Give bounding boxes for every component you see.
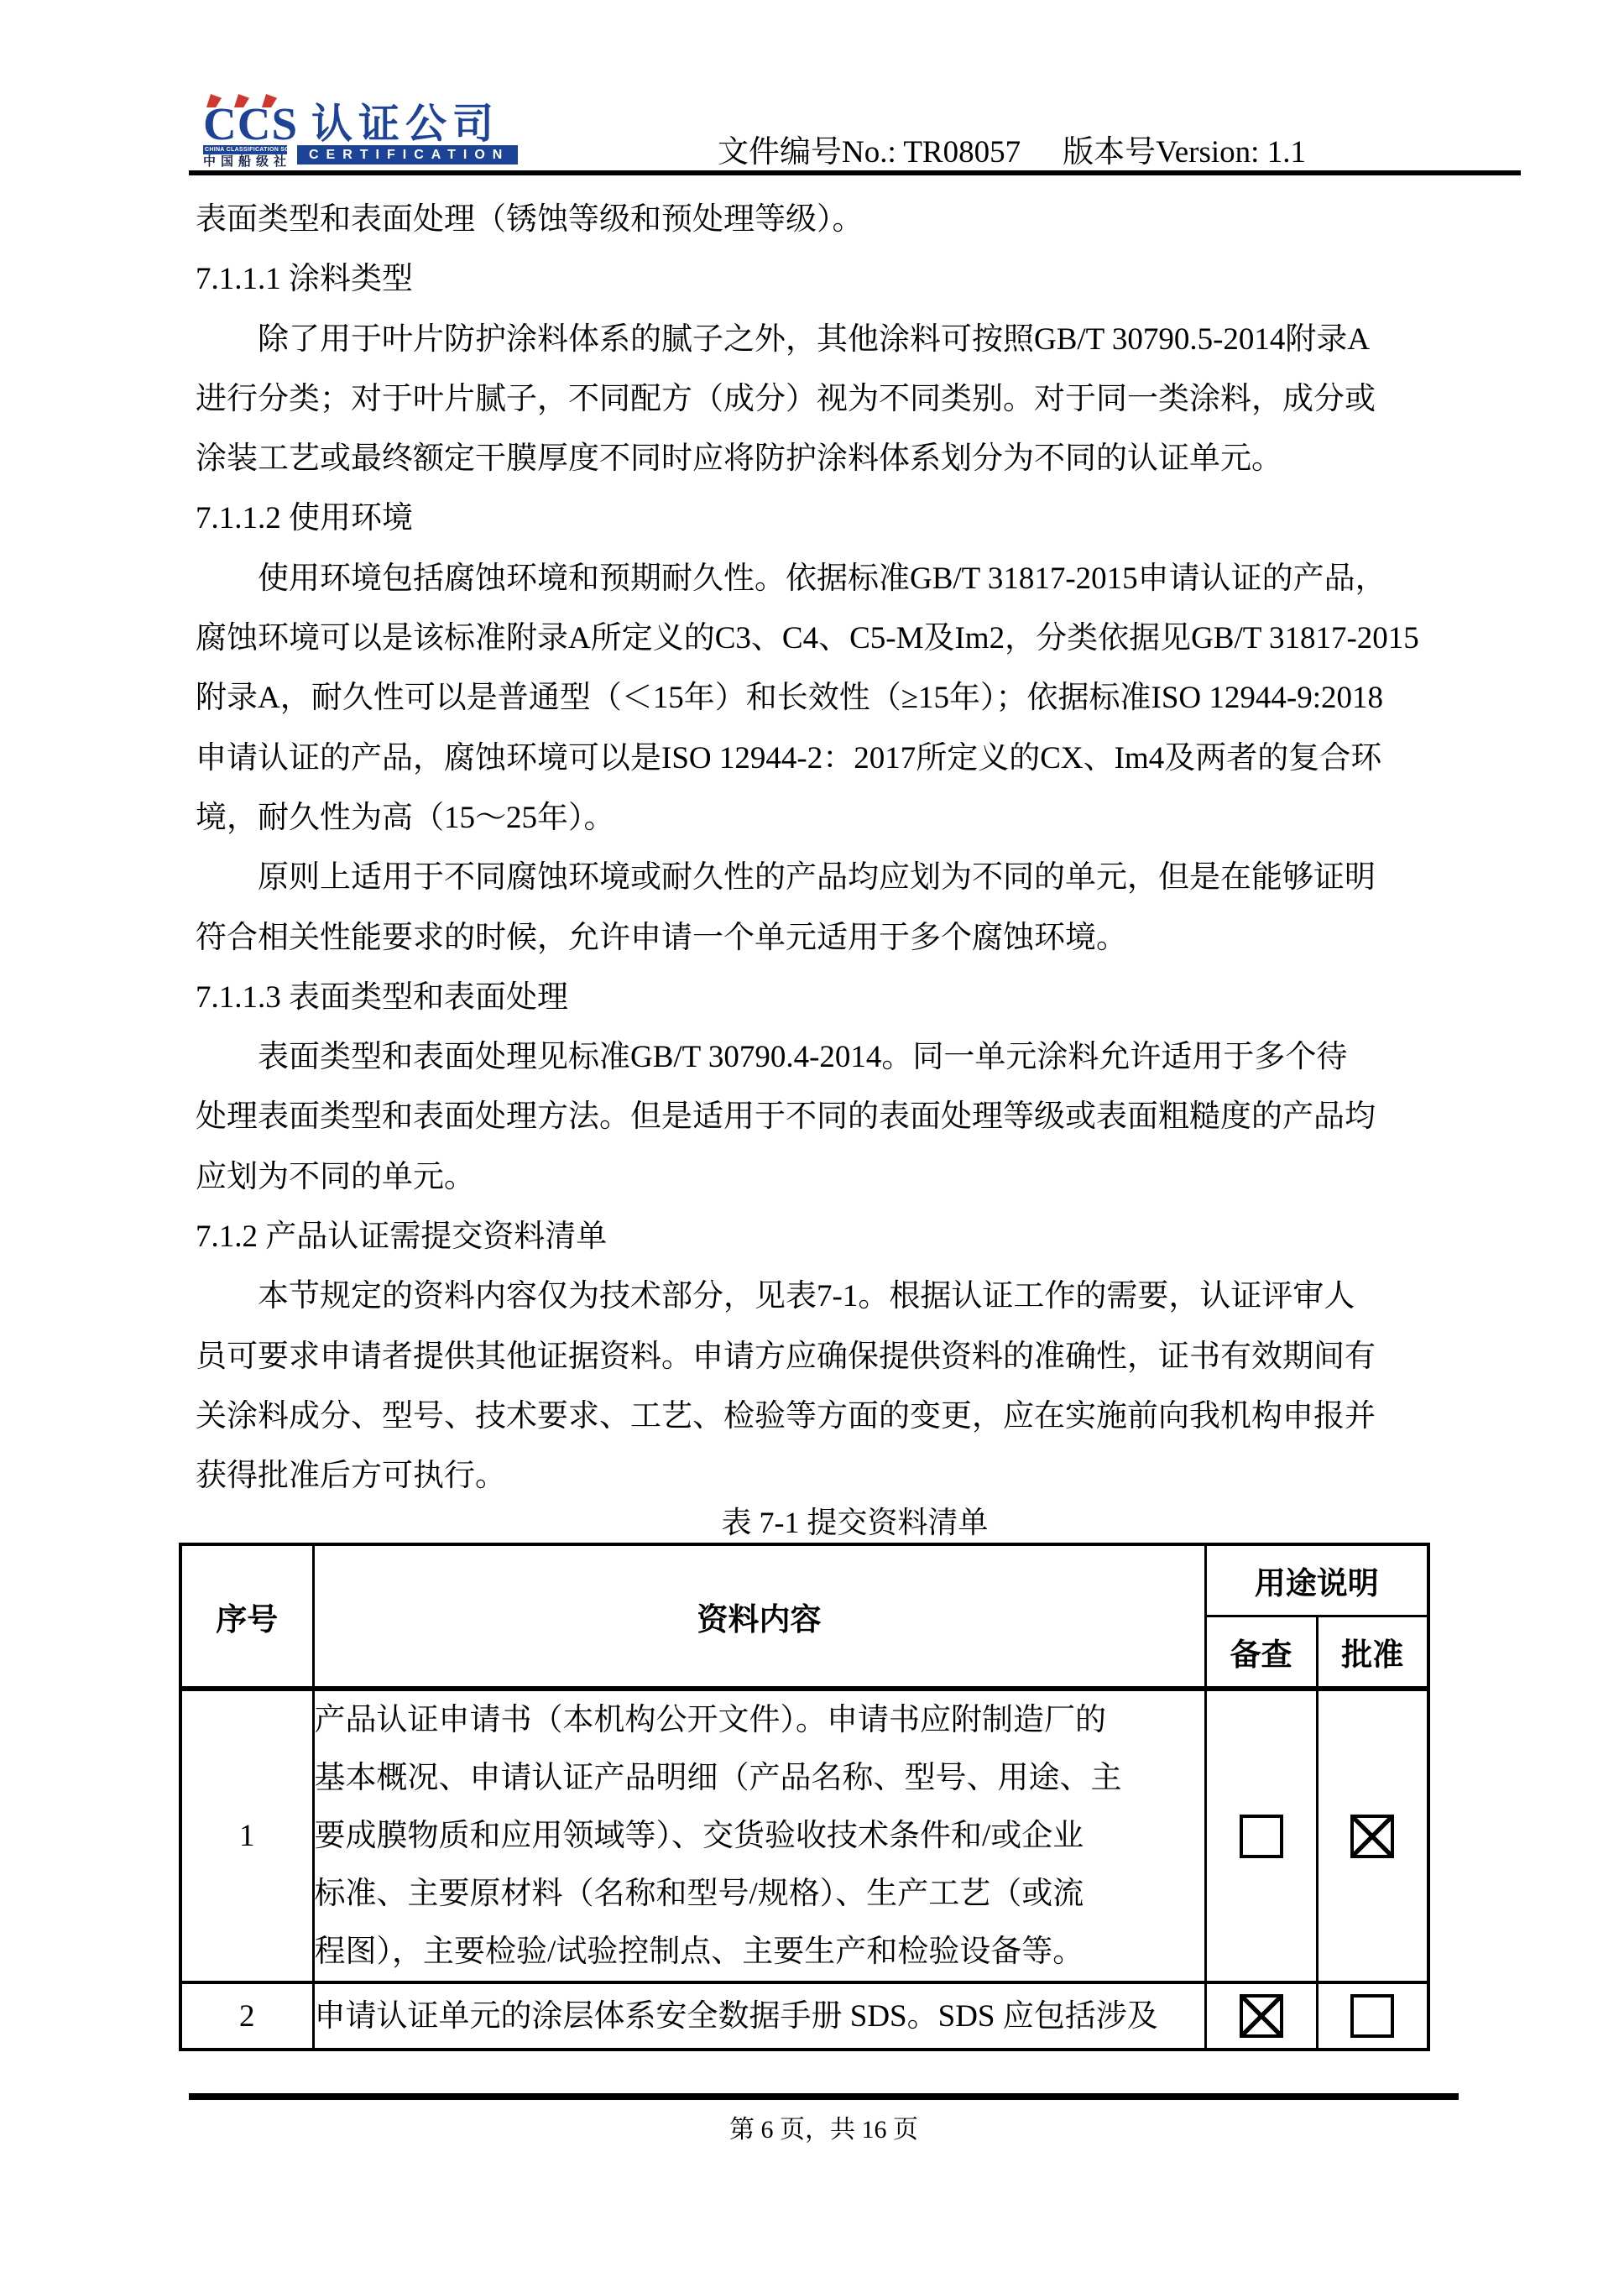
row-content-line: 产品认证申请书（本机构公开文件）。申请书应附制造厂的	[315, 1691, 1204, 1749]
body-line: 处理表面类型和表面处理方法。但是适用于不同的表面处理等级或表面粗糙度的产品均	[196, 1087, 1454, 1146]
backup-cell	[1205, 1982, 1317, 2050]
table-header: 序号 资料内容 用途说明 备查 批准	[180, 1544, 1428, 1689]
document-page: CCS 认证公司 CHINA CLASSIFICATION SOCIETY 中国…	[0, 0, 1624, 2277]
row-content: 产品认证申请书（本机构公开文件）。申请书应附制造厂的基本概况、申请认证产品明细（…	[313, 1689, 1205, 1982]
logo-red-flags-icon	[206, 94, 277, 107]
body-line: 获得批准后方可执行。	[196, 1446, 1454, 1506]
flag-icon	[262, 94, 277, 107]
body-line: 申请认证的产品，腐蚀环境可以是ISO 12944-2：2017所定义的CX、Im…	[196, 729, 1454, 788]
body-line: 7.1.2 产品认证需提交资料清单	[196, 1207, 1454, 1266]
ccs-wordmark: CCS	[203, 107, 298, 141]
footer-divider	[189, 2093, 1459, 2100]
body-line: 境，耐久性为高（15～25年）。	[196, 788, 1454, 848]
body-line: 腐蚀环境可以是该标准附录A所定义的C3、C4、C5-M及Im2，分类依据见GB/…	[196, 608, 1454, 668]
body-line: 原则上适用于不同腐蚀环境或耐久性的产品均应划为不同的单元，但是在能够证明	[196, 848, 1454, 907]
column-header-usage: 用途说明	[1205, 1544, 1428, 1616]
approve-checkbox	[1350, 1994, 1394, 2038]
body-line: 应划为不同的单元。	[196, 1147, 1454, 1207]
ccs-letters-block: CCS	[203, 99, 298, 141]
society-name-cn: 中国船级社	[203, 155, 287, 168]
table-caption: 表 7-1 提交资料清单	[189, 1499, 1521, 1542]
row-content-line: 标准、主要原材料（名称和型号/规格）、生产工艺（或流	[315, 1865, 1204, 1923]
row-content-line: 程图），主要检验/试验控制点、主要生产和检验设备等。	[315, 1923, 1204, 1981]
body-text: 表面类型和表面处理（锈蚀等级和预处理等级）。7.1.1.1 涂料类型除了用于叶片…	[196, 190, 1454, 1507]
backup-cell	[1205, 1689, 1317, 1982]
column-header-backup: 备查	[1205, 1616, 1317, 1689]
body-line: 进行分类；对于叶片腻子，不同配方（成分）视为不同类别。对于同一类涂料，成分或	[196, 369, 1454, 429]
body-line: 使用环境包括腐蚀环境和预期耐久性。依据标准GB/T 31817-2015申请认证…	[196, 549, 1454, 608]
page-number: 第 6 页，共 16 页	[189, 2108, 1459, 2145]
body-line: 附录A，耐久性可以是普通型（＜15年）和长效性（≥15年）；依据标准ISO 12…	[196, 668, 1454, 728]
logo-company-name: 认证公司	[311, 107, 499, 141]
doc-number: 文件编号No.: TR08057	[718, 126, 1021, 171]
table-row: 1产品认证申请书（本机构公开文件）。申请书应附制造厂的基本概况、申请认证产品明细…	[180, 1689, 1428, 1982]
certification-banner: CERTIFICATION	[297, 145, 518, 165]
body-line: 除了用于叶片防护涂料体系的腻子之外，其他涂料可按照GB/T 30790.5-20…	[196, 310, 1454, 369]
column-header-no: 序号	[180, 1544, 313, 1689]
backup-checkbox	[1240, 1994, 1283, 2038]
row-number: 2	[180, 1982, 313, 2050]
column-header-content: 资料内容	[313, 1544, 1205, 1689]
flag-icon	[234, 94, 249, 107]
body-line: 7.1.1.3 表面类型和表面处理	[196, 968, 1454, 1027]
table-row: 2申请认证单元的涂层体系安全数据手册 SDS。SDS 应包括涉及	[180, 1982, 1428, 2050]
body-line: 涂装工艺或最终额定干膜厚度不同时应将防护涂料体系划分为不同的认证单元。	[196, 429, 1454, 488]
logo-top-row: CCS 认证公司	[203, 99, 518, 141]
backup-checkbox	[1240, 1815, 1283, 1858]
body-line: 7.1.1.1 涂料类型	[196, 249, 1454, 309]
body-line: 符合相关性能要求的时候，允许申请一个单元适用于多个腐蚀环境。	[196, 908, 1454, 968]
body-line: 员可要求申请者提供其他证据资料。申请方应确保提供资料的准确性，证书有效期间有	[196, 1327, 1454, 1387]
body-line: 7.1.1.2 使用环境	[196, 488, 1454, 548]
body-line: 表面类型和表面处理（锈蚀等级和预处理等级）。	[196, 190, 1454, 249]
row-content-line: 申请认证单元的涂层体系安全数据手册 SDS。SDS 应包括涉及	[315, 1987, 1204, 2045]
column-header-approve: 批准	[1317, 1616, 1428, 1689]
doc-version: 版本号Version: 1.1	[1063, 126, 1306, 171]
row-content-line: 基本概况、申请认证产品明细（产品名称、型号、用途、主	[315, 1749, 1204, 1807]
submission-table-body: 1产品认证申请书（本机构公开文件）。申请书应附制造厂的基本概况、申请认证产品明细…	[180, 1689, 1428, 2050]
row-number: 1	[180, 1689, 313, 1982]
row-content-line: 要成膜物质和应用领域等）、交货验收技术条件和/或企业	[315, 1807, 1204, 1865]
approve-cell	[1317, 1689, 1428, 1982]
approve-cell	[1317, 1982, 1428, 2050]
flag-icon	[206, 94, 222, 107]
body-line: 关涂料成分、型号、技术要求、工艺、检验等方面的变更，应在实施前向我机构申报并	[196, 1387, 1454, 1446]
approve-checkbox	[1350, 1815, 1394, 1858]
header-divider	[189, 170, 1521, 175]
body-line: 表面类型和表面处理见标准GB/T 30790.4-2014。同一单元涂料允许适用…	[196, 1027, 1454, 1087]
row-content: 申请认证单元的涂层体系安全数据手册 SDS。SDS 应包括涉及	[313, 1982, 1205, 2050]
body-line: 本节规定的资料内容仅为技术部分，见表7-1。根据认证工作的需要，认证评审人	[196, 1266, 1454, 1326]
ccs-logo: CCS 认证公司 CHINA CLASSIFICATION SOCIETY 中国…	[203, 99, 518, 168]
submission-documents-table: 序号 资料内容 用途说明 备查 批准 1产品认证申请书（本机构公开文件）。申请书…	[179, 1543, 1430, 2051]
document-meta: 文件编号No.: TR08057 版本号Version: 1.1	[718, 126, 1306, 171]
